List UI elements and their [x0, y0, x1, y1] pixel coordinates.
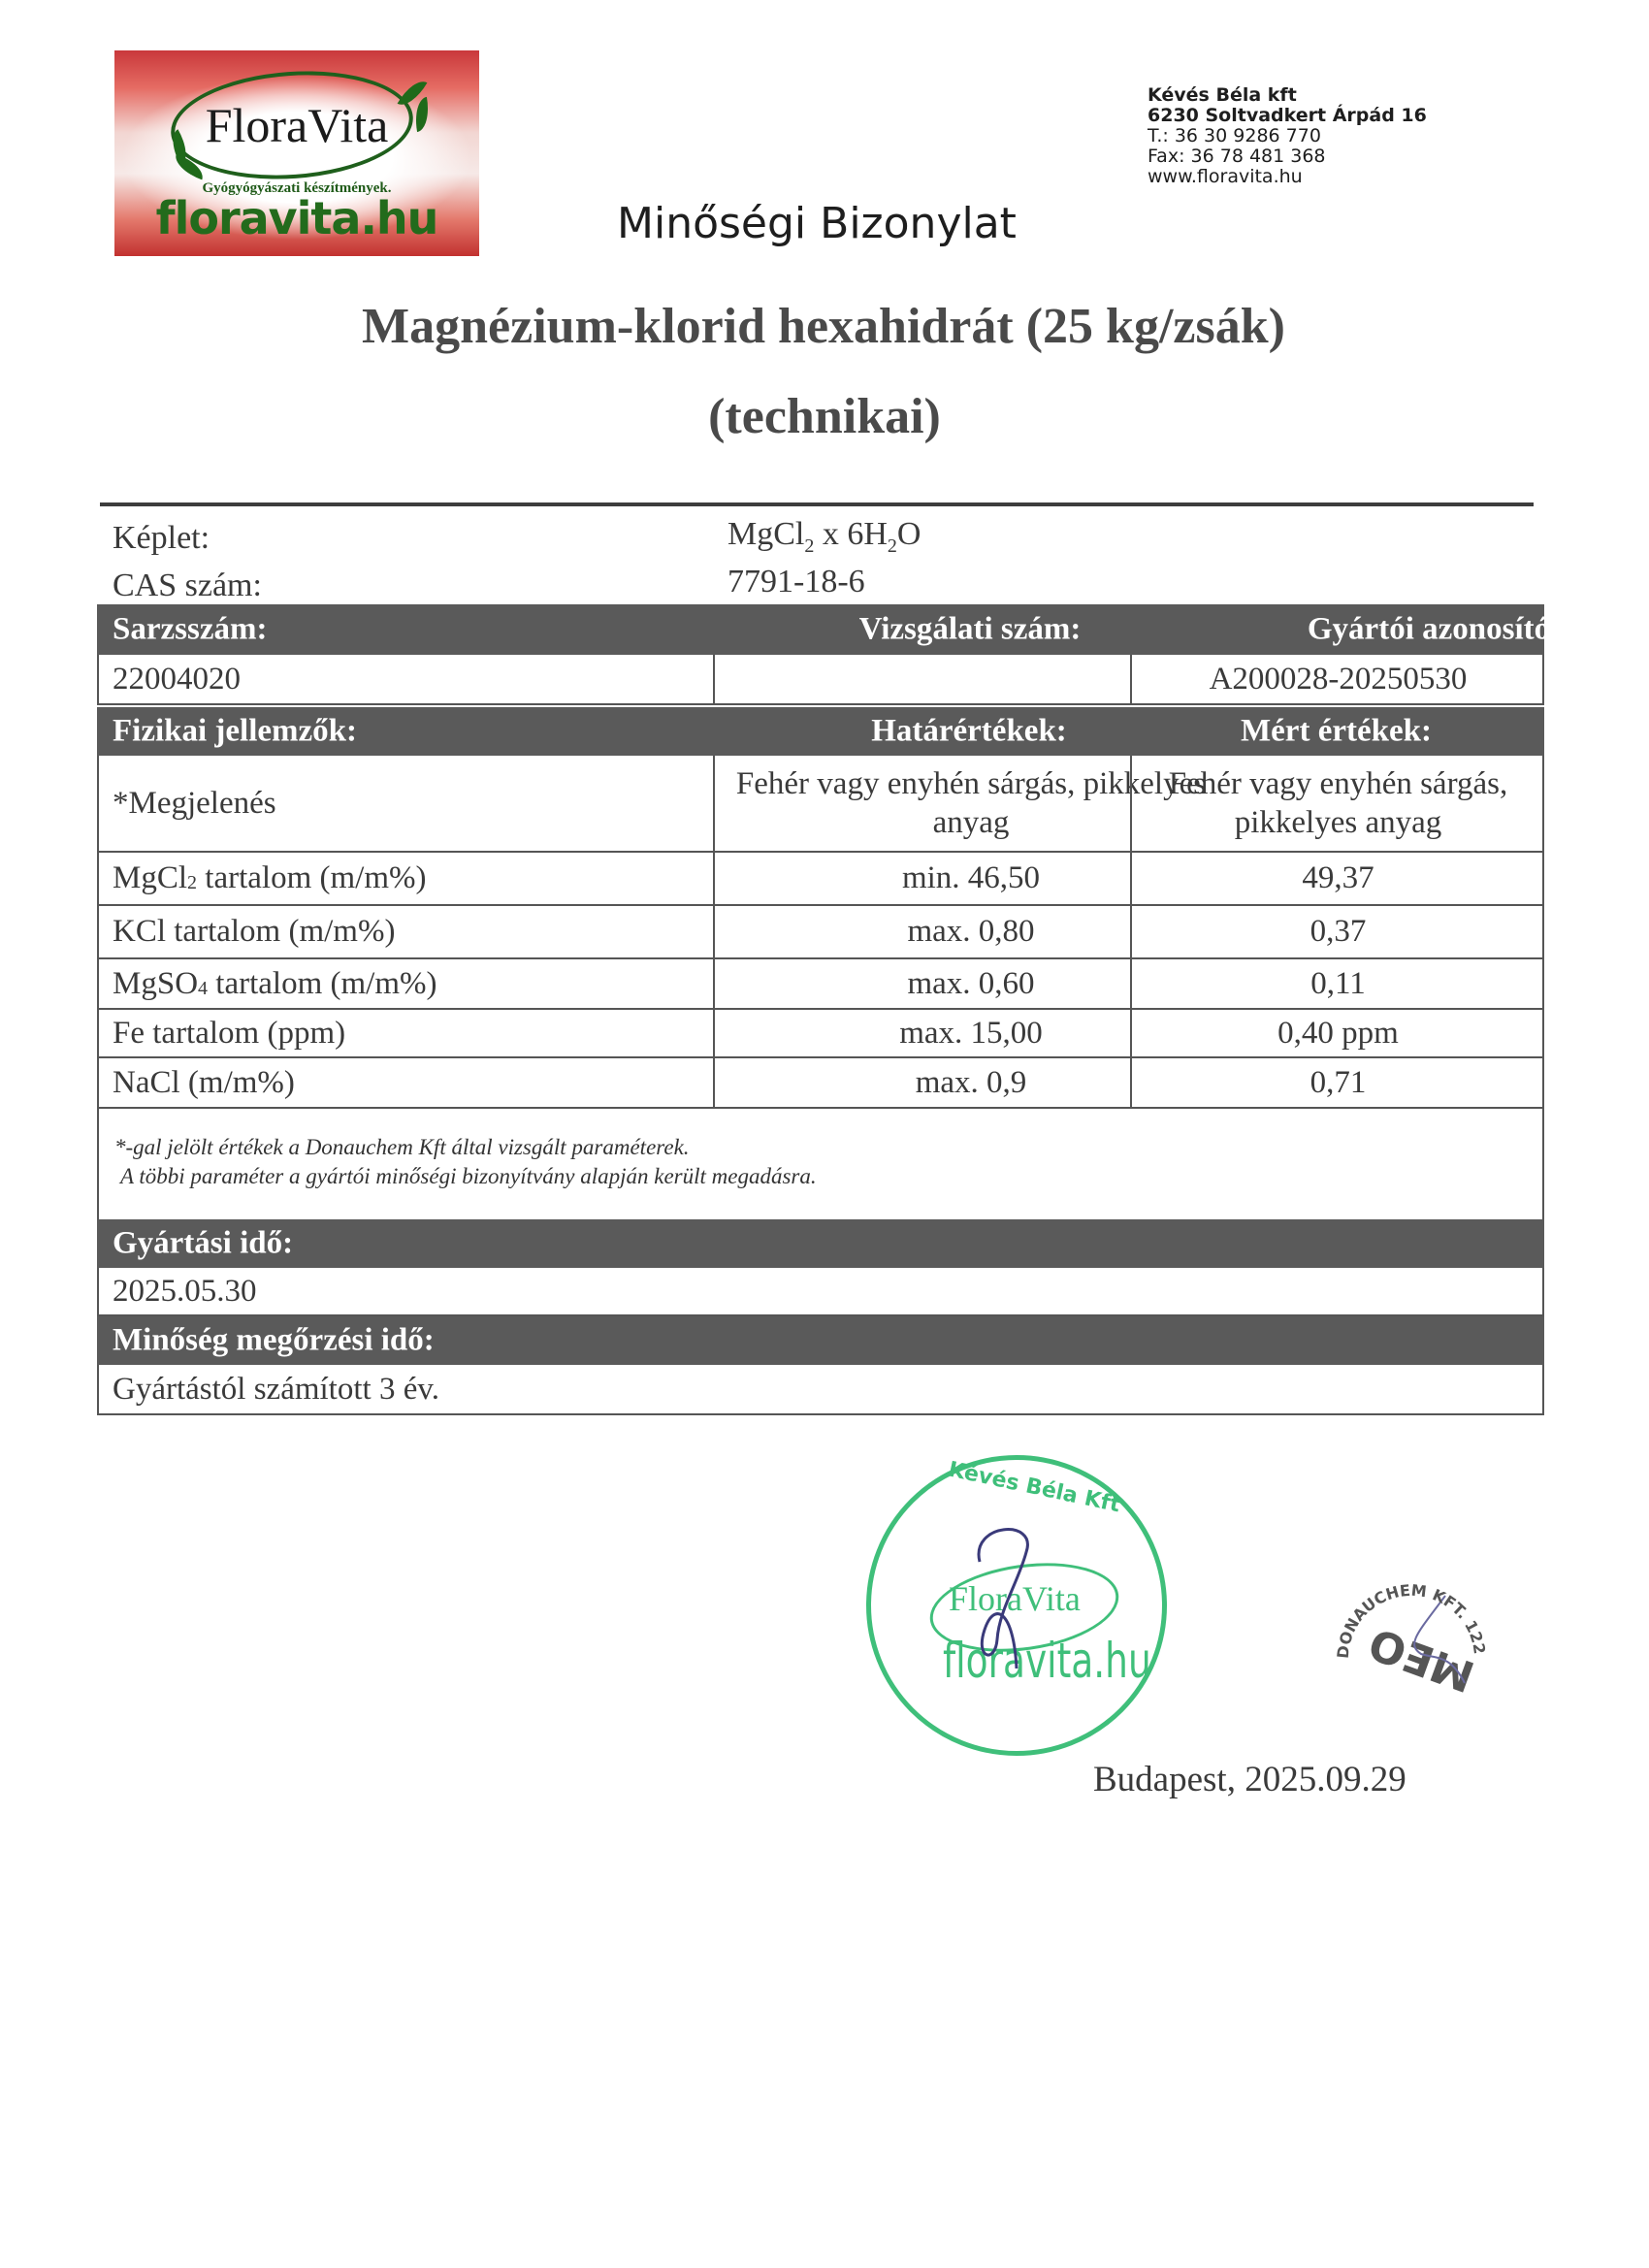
product-grade: (technikai)	[0, 388, 1649, 445]
formula-label: Képlet:	[113, 520, 210, 557]
product-name: Magnézium-klorid hexahidrát (25 kg/zsák)	[0, 298, 1648, 355]
property-name: MgCl2 tartalom (m/m%)	[113, 853, 695, 904]
meo-stamp: MEO DONAUCHEM KFT. 1225 Bp., Bányalég u.…	[1329, 1576, 1494, 1741]
note-line-1: *-gal jelölt értékek a Donauchem Kft ált…	[114, 1133, 1542, 1162]
shelf-life-value: Gyártástól számított 3 év.	[113, 1365, 889, 1413]
company-address: 6230 Soltvadkert Árpád 16	[1148, 106, 1427, 126]
production-label: Gyártási idő:	[113, 1226, 293, 1262]
property-measured: 0,71	[1132, 1058, 1544, 1107]
cas-label: CAS szám:	[113, 567, 262, 604]
company-info: Kévés Béla kft 6230 Soltvadkert Árpád 16…	[1148, 85, 1427, 187]
production-row: 2025.05.30	[97, 1268, 1544, 1316]
city-date: Budapest, 2025.09.29	[1093, 1759, 1406, 1800]
notes: *-gal jelölt értékek a Donauchem Kft ált…	[97, 1109, 1544, 1219]
production-date: 2025.05.30	[113, 1268, 889, 1314]
property-measured: Fehér vagy enyhén sárgás, pikkelyes anya…	[1132, 756, 1544, 851]
stamp-ring-text: Kévés Béla Kft	[946, 1458, 1122, 1518]
shelf-life-header: Minőség megőrzési idő:	[97, 1316, 1544, 1365]
logo-url: floravita.hu	[114, 192, 479, 244]
meo-signature: DONAUCHEM KFT. 1225 Bp., Bányalég u. 37-…	[1329, 1576, 1494, 1741]
properties-header: Fizikai jellemzők:	[113, 714, 357, 750]
property-name: NaCl (m/m%)	[113, 1058, 695, 1107]
company-name: Kévés Béla kft	[1148, 85, 1427, 106]
table-row: MgCl2 tartalom (m/m%) min. 46,50 49,37	[97, 853, 1544, 906]
company-website[interactable]: www.floravita.hu	[1148, 167, 1427, 187]
company-phone: T.: 36 30 9286 770	[1148, 126, 1427, 146]
batch-number: 22004020	[113, 655, 695, 703]
production-header: Gyártási idő:	[97, 1219, 1544, 1268]
property-measured: 0,40 ppm	[1132, 1010, 1544, 1056]
table-row: NaCl (m/m%) max. 0,9 0,71	[97, 1058, 1544, 1109]
properties-header-row: Fizikai jellemzők: Határértékek: Mért ér…	[97, 707, 1544, 756]
shelf-life-label: Minőség megőrzési idő:	[113, 1323, 435, 1359]
certificate-title: Minőségi Bizonylat	[617, 199, 1017, 248]
divider	[100, 502, 1534, 506]
formula-value: MgCl2 x 6H2O	[727, 516, 921, 558]
property-measured: 0,37	[1132, 906, 1544, 957]
batch-values-row: 22004020 A200028-20250530	[97, 655, 1544, 705]
signature	[970, 1523, 1038, 1669]
cas-value: 7791-18-6	[727, 564, 865, 600]
svg-text:DONAUCHEM KFT. 1225 Bp., Bánya: DONAUCHEM KFT. 1225 Bp., Bányalég u. 37-…	[1329, 1576, 1489, 1659]
table-row: *Megjelenés Fehér vagy enyhén sárgás, pi…	[97, 756, 1544, 853]
company-fax: Fax: 36 78 481 368	[1148, 146, 1427, 167]
property-name: *Megjelenés	[113, 756, 695, 851]
batch-header-row: Sarzsszám: Vizsgálati szám: Gyártói azon…	[97, 604, 1544, 655]
test-number-header: Vizsgálati szám:	[788, 612, 1152, 648]
measured-header: Mért értékek:	[1130, 714, 1542, 750]
property-name: KCl tartalom (m/m%)	[113, 906, 695, 957]
property-measured: 0,11	[1132, 959, 1544, 1008]
table-row: Fe tartalom (ppm) max. 15,00 0,40 ppm	[97, 1010, 1544, 1058]
floravita-logo: FloraVita Gyógyógyászati készítmények. f…	[114, 50, 479, 256]
table-row: KCl tartalom (m/m%) max. 0,80 0,37	[97, 906, 1544, 959]
manufacturer-id-header: Gyártói azonosító:	[1227, 612, 1641, 648]
property-measured: 49,37	[1132, 853, 1544, 904]
table-row: MgSO4 tartalom (m/m%) max. 0,60 0,11	[97, 959, 1544, 1010]
manufacturer-id: A200028-20250530	[1132, 655, 1544, 703]
shelf-life-row: Gyártástól számított 3 év.	[97, 1365, 1544, 1415]
property-name: Fe tartalom (ppm)	[113, 1010, 695, 1056]
logo-name: FloraVita	[114, 97, 479, 153]
note-line-2: A többi paraméter a gyártói minőségi biz…	[114, 1162, 1542, 1191]
property-name: MgSO4 tartalom (m/m%)	[113, 959, 695, 1008]
batch-number-header: Sarzsszám:	[113, 612, 267, 648]
